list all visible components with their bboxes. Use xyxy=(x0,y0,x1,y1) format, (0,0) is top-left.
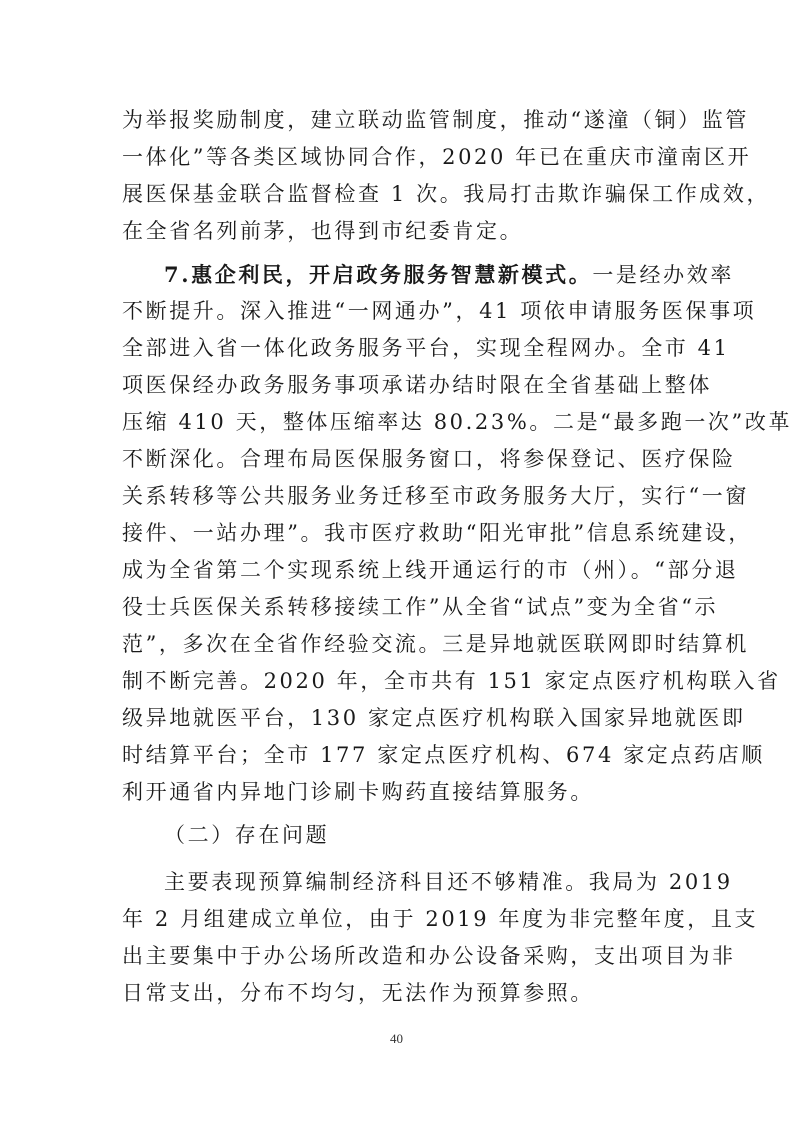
text-line: 不断深化。合理布局医保服务窗口，将参保登记、医疗保险 xyxy=(122,441,684,478)
text-line: 展医保基金联合监督检查 1 次。我局打击欺诈骗保工作成效， xyxy=(122,176,684,213)
text-line: 级异地就医平台，130 家定点医疗机构联入国家异地就医即 xyxy=(122,700,684,737)
text-line: 压缩 410 天，整体压缩率达 80.23%。二是“最多跑一次”改革 xyxy=(122,404,684,441)
paragraph-existing-problems: 主要表现预算编制经济科目还不够精准。我局为 2019 年 2 月组建成立单位，由… xyxy=(122,864,684,1012)
page-number: 40 xyxy=(0,1031,793,1047)
text-line: 一体化”等各类区域协同合作，2020 年已在重庆市潼南区开 xyxy=(122,139,684,176)
text-line: 7.惠企利民，开启政务服务智慧新模式。一是经办效率 xyxy=(122,256,684,293)
text-fragment: 一是经办效率 xyxy=(592,263,734,287)
document-page: 为举报奖励制度，建立联动监管制度，推动“遂潼（铜）监管 一体化”等各类区域协同合… xyxy=(122,102,684,1012)
text-line: 不断提升。深入推进“一网通办”，41 项依申请服务医保事项 xyxy=(122,293,684,330)
text-line: 接件、一站办理”。我市医疗救助“阳光审批”信息系统建设， xyxy=(122,515,684,552)
subsection-heading-7: 7.惠企利民，开启政务服务智慧新模式。 xyxy=(164,262,592,287)
text-line: 在全省名列前茅，也得到市纪委肯定。 xyxy=(122,213,684,250)
text-line: 时结算平台；全市 177 家定点医疗机构、674 家定点药店顺 xyxy=(122,737,684,774)
text-line: 为举报奖励制度，建立联动监管制度，推动“遂潼（铜）监管 xyxy=(122,102,684,139)
text-line: 成为全省第二个实现系统上线开通运行的市（州）。“部分退 xyxy=(122,552,684,589)
text-line: 主要表现预算编制经济科目还不够精准。我局为 2019 xyxy=(122,864,684,901)
text-line: 年 2 月组建成立单位，由于 2019 年度为非完整年度，且支 xyxy=(122,901,684,938)
paragraph-joint-supervision: 为举报奖励制度，建立联动监管制度，推动“遂潼（铜）监管 一体化”等各类区域协同合… xyxy=(122,102,684,250)
text-line: 役士兵医保关系转移接续工作”从全省“试点”变为全省“示 xyxy=(122,589,684,626)
text-line: 制不断完善。2020 年，全市共有 151 家定点医疗机构联入省 xyxy=(122,663,684,700)
text-line: 利开通省内异地门诊刷卡购药直接结算服务。 xyxy=(122,774,684,811)
text-line: 出主要集中于办公场所改造和办公设备采购，支出项目为非 xyxy=(122,938,684,975)
text-line: 全部进入省一体化政务服务平台，实现全程网办。全市 41 xyxy=(122,330,684,367)
text-line: 日常支出，分布不均匀，无法作为预算参照。 xyxy=(122,975,684,1012)
text-line: 范”，多次在全省作经验交流。三是异地就医联网即时结算机 xyxy=(122,626,684,663)
section-heading-existing-problems: （二）存在问题 xyxy=(122,817,684,854)
text-line: 项医保经办政务服务事项承诺办结时限在全省基础上整体 xyxy=(122,367,684,404)
text-line: 关系转移等公共服务业务迁移至市政务服务大厅，实行“一窗 xyxy=(122,478,684,515)
paragraph-government-services: 7.惠企利民，开启政务服务智慧新模式。一是经办效率 不断提升。深入推进“一网通办… xyxy=(122,256,684,811)
